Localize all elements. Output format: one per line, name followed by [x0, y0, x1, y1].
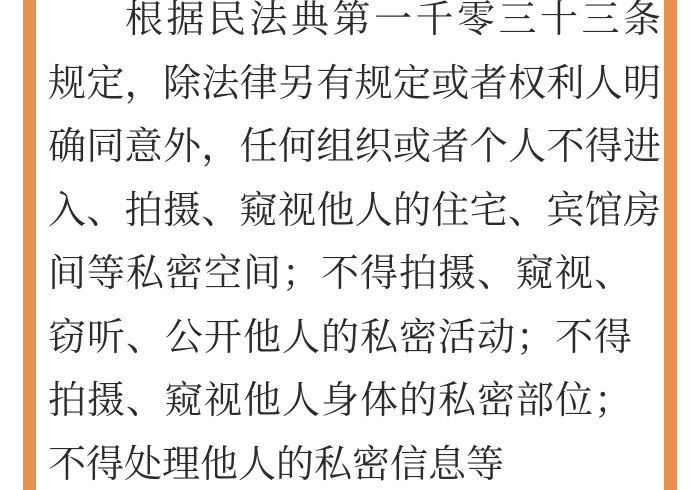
- article-line: 确同意外，任何组织或者个人不得进: [48, 116, 661, 180]
- left-border-bar: [23, 0, 36, 490]
- article-line: 拍摄、窥视他人身体的私密部位；: [48, 370, 661, 434]
- article-text: 根据民法典第一千零三十三条 规定，除法律另有规定或者权利人明 确同意外，任何组织…: [48, 0, 661, 490]
- article-line: 入、拍摄、窥视他人的住宅、宾馆房: [48, 180, 661, 244]
- article-line: 根据民法典第一千零三十三条: [48, 0, 661, 53]
- right-border-bar: [664, 0, 677, 490]
- article-line: 规定，除法律另有规定或者权利人明: [48, 53, 661, 117]
- article-line: 窃听、公开他人的私密活动；不得: [48, 307, 661, 371]
- article-line: 不得处理他人的私密信息等: [48, 434, 661, 490]
- article-line: 间等私密空间；不得拍摄、窥视、: [48, 243, 661, 307]
- page: 根据民法典第一千零三十三条 规定，除法律另有规定或者权利人明 确同意外，任何组织…: [0, 0, 700, 490]
